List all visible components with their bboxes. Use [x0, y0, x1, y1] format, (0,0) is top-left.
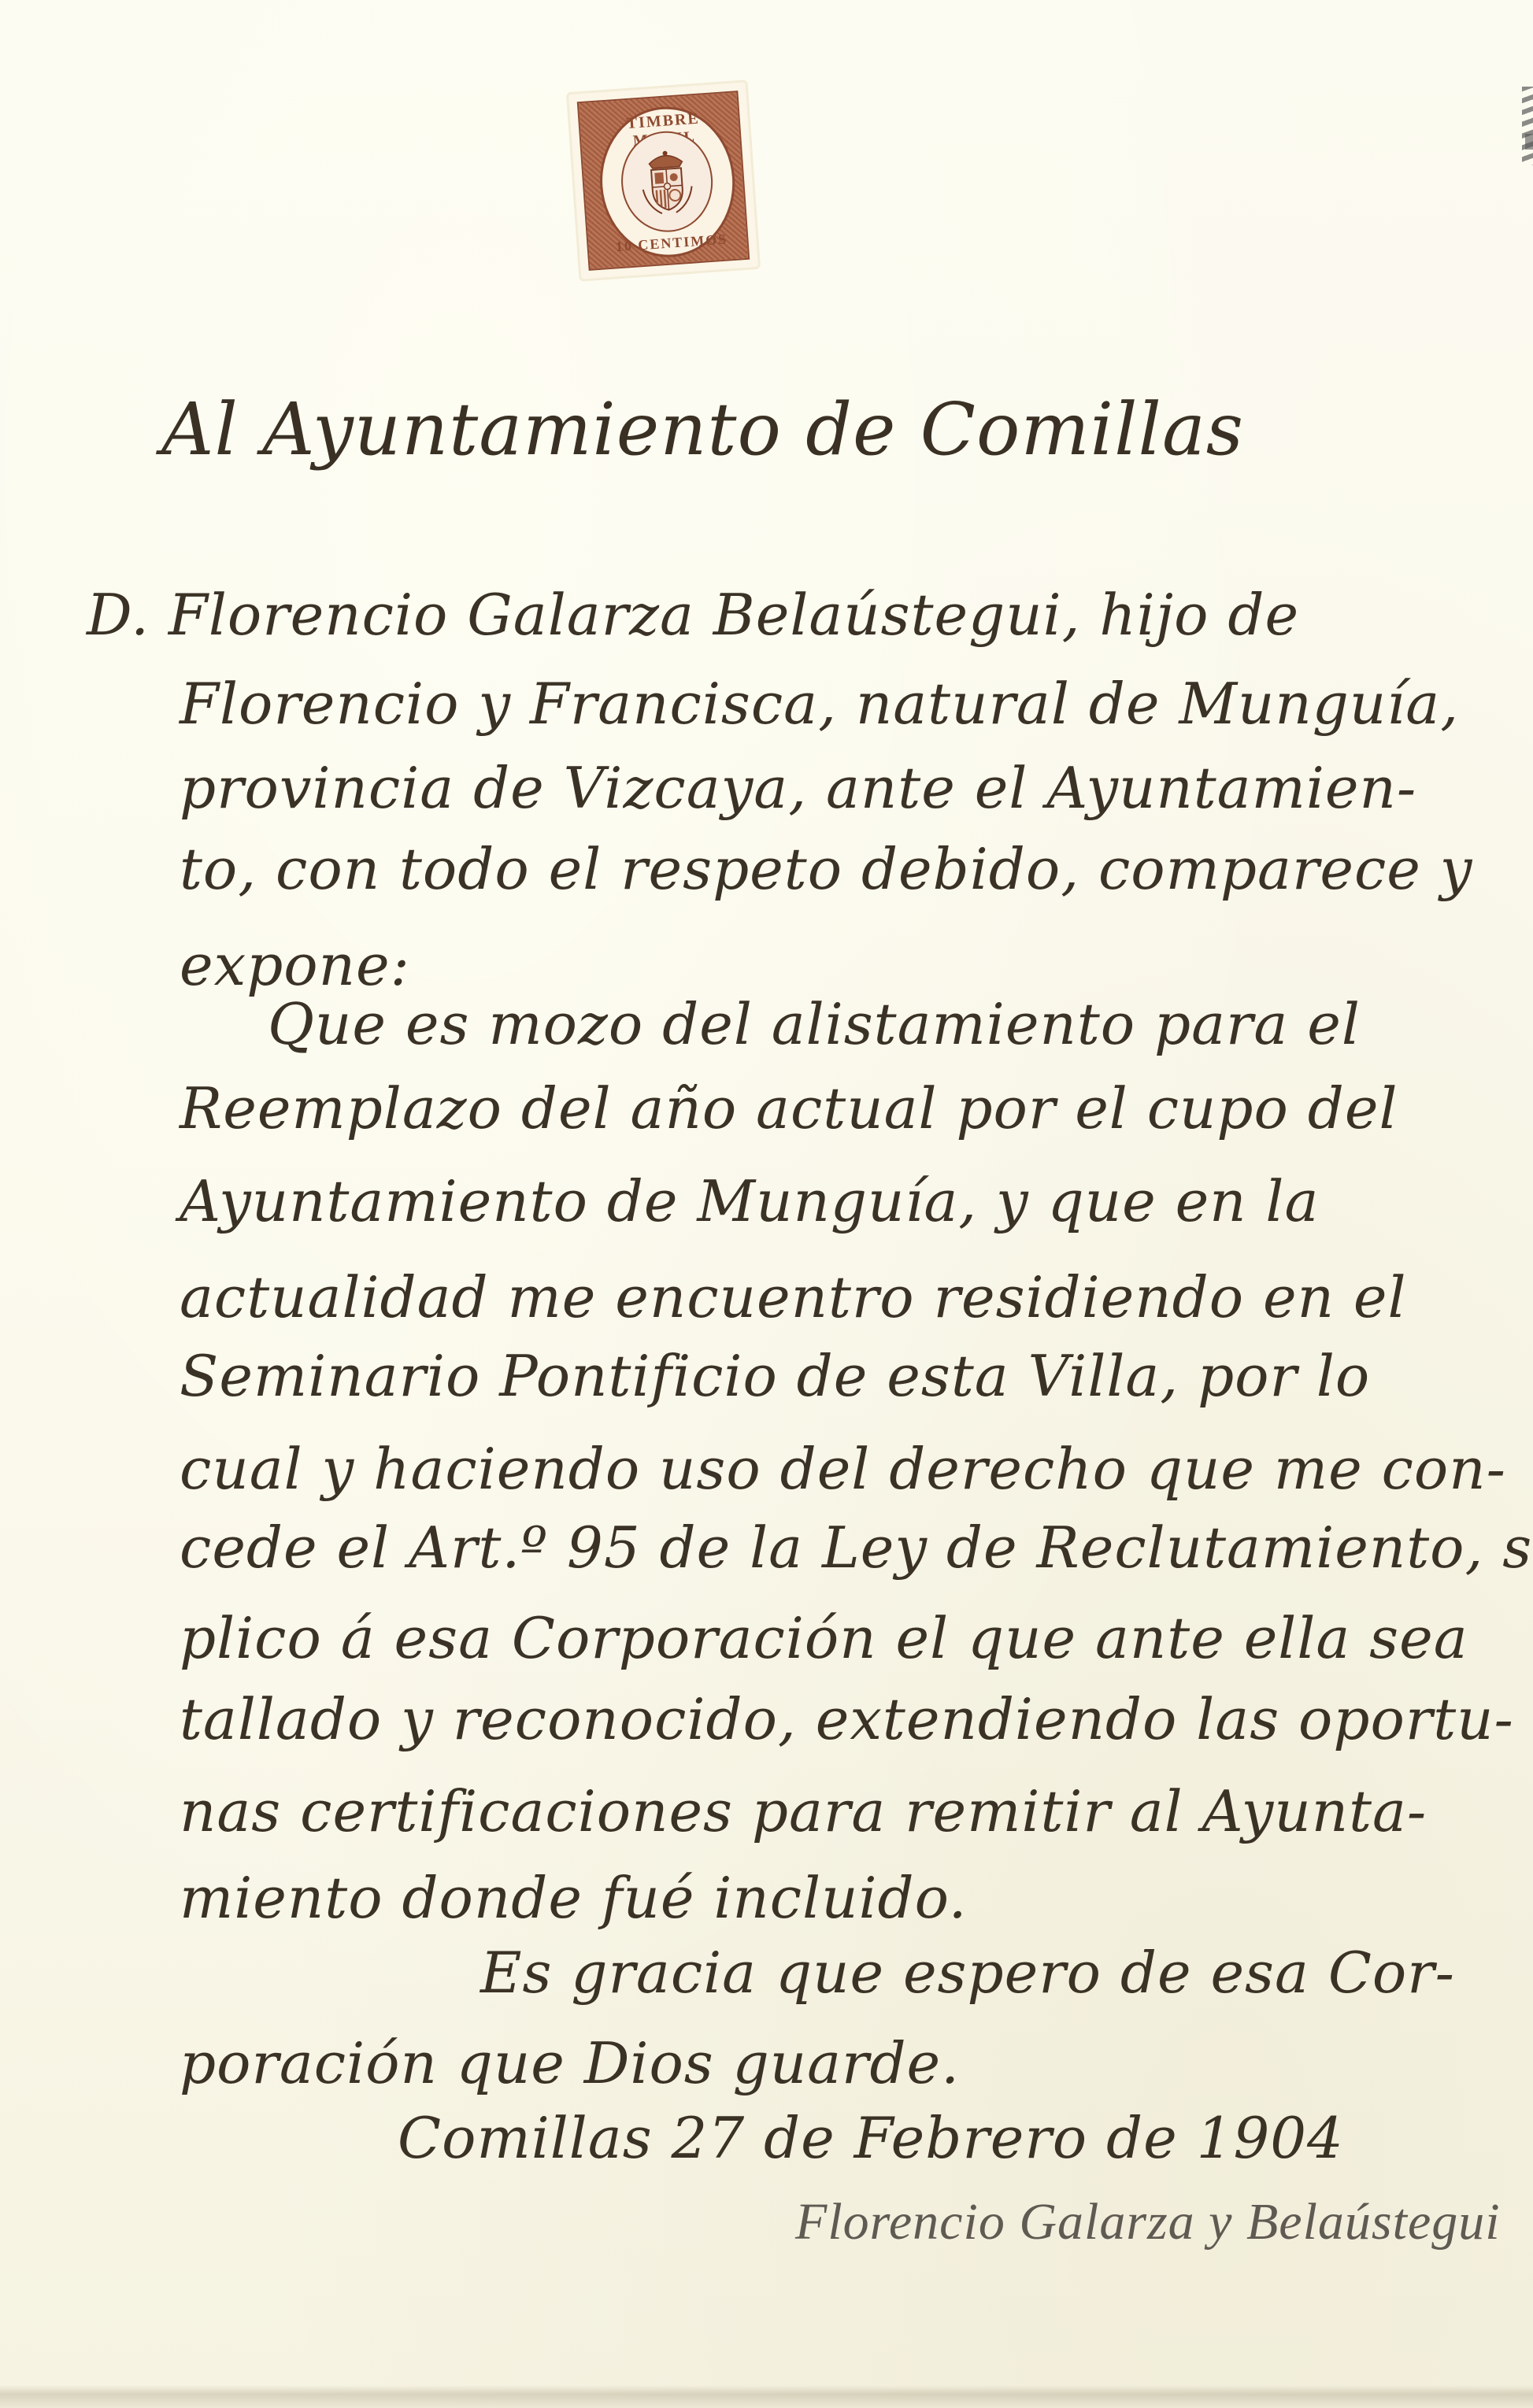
body-line: Florencio y Francisca, natural de Munguí… — [180, 675, 1459, 732]
page-bottom-edge — [0, 2385, 1533, 2408]
body-line: cede el Art.º 95 de la Ley de Reclutamie… — [180, 1519, 1533, 1576]
body-line: to, con todo el respeto debido, comparec… — [180, 841, 1472, 897]
adjacent-page-edge — [1522, 87, 1533, 165]
body-line: D. Florencio Galarza Belaústegui, hijo d… — [87, 586, 1299, 643]
stamp-oval: TIMBRE MOVIL — [595, 102, 740, 261]
body-line: Ayuntamiento de Munguía, y que en la — [180, 1173, 1319, 1230]
body-line: expone: — [180, 937, 410, 993]
signature: Florencio Galarza y Belaústegui — [795, 2196, 1501, 2248]
body-line: Seminario Pontificio de esta Villa, por … — [180, 1348, 1370, 1404]
stamp-frame: TIMBRE MOVIL — [577, 91, 750, 271]
body-line: Que es mozo del alistamiento para el — [268, 996, 1361, 1052]
body-line: miento donde fué incluido. — [180, 1870, 968, 1926]
document-heading: Al Ayuntamiento de Comillas — [161, 394, 1244, 466]
stamp-bottom-text: 10 CENTIMOS — [606, 231, 737, 256]
body-line: plico á esa Corporación el que ante ella… — [180, 1610, 1468, 1666]
adjacent-page-mark — [1525, 134, 1533, 150]
body-line: Reemplazo del año actual por el cupo del — [180, 1080, 1398, 1137]
body-line: Es gracia que espero de esa Cor- — [480, 1944, 1455, 2001]
body-line: tallado y reconocido, extendiendo las op… — [180, 1691, 1514, 1748]
body-line: actualidad me encuentro residiendo en el — [180, 1269, 1406, 1326]
place-date: Comillas 27 de Febrero de 1904 — [398, 2110, 1344, 2166]
body-line: nas certificaciones para remitir al Ayun… — [180, 1783, 1427, 1840]
revenue-stamp: TIMBRE MOVIL — [568, 82, 758, 279]
body-line: provincia de Vizcaya, ante el Ayuntamien… — [180, 760, 1416, 816]
coat-of-arms-icon — [637, 146, 697, 216]
body-line: poración que Dios guarde. — [180, 2035, 960, 2092]
body-line: cual y haciendo uso del derecho que me c… — [180, 1441, 1506, 1497]
